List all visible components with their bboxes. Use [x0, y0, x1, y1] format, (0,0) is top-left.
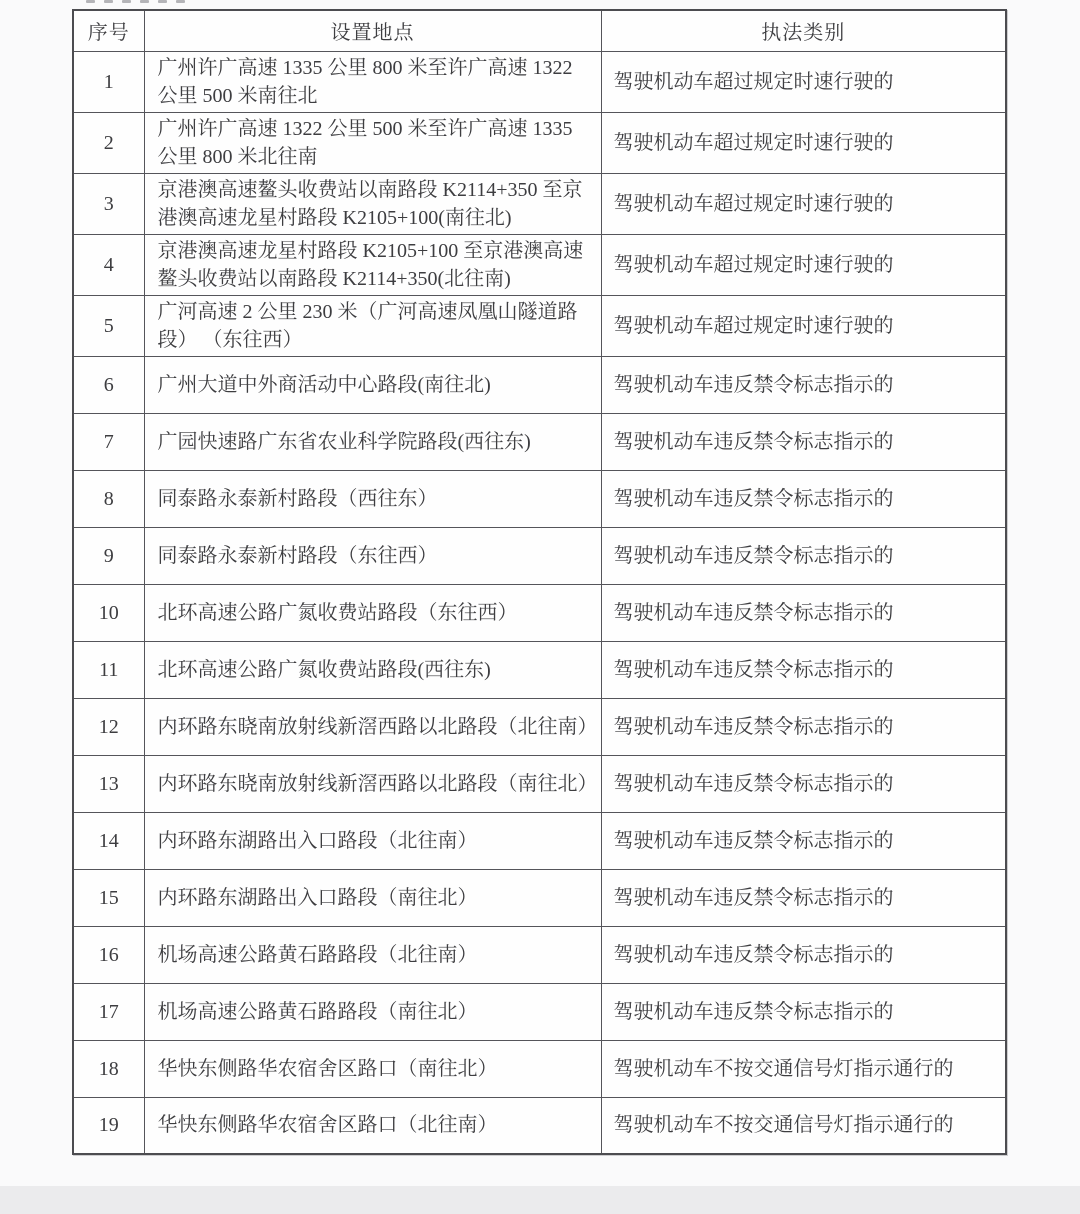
row-location-cell: 北环高速公路广氮收费站路段(西往东): [144, 641, 601, 698]
row-category-cell: 驾驶机动车违反禁令标志指示的: [601, 926, 1006, 983]
row-location-cell: 华快东侧路华农宿舍区路口（南往北）: [144, 1040, 601, 1097]
row-location-cell: 同泰路永泰新村路段（东往西）: [144, 527, 601, 584]
row-location-cell: 广州大道中外商活动中心路段(南往北): [144, 356, 601, 413]
row-location-cell: 同泰路永泰新村路段（西往东）: [144, 470, 601, 527]
table-row: 15 内环路东湖路出入口路段（南往北） 驾驶机动车违反禁令标志指示的: [73, 869, 1006, 926]
bottom-gray-band: [0, 1186, 1080, 1214]
row-number-cell: 17: [73, 983, 144, 1040]
table-row: 10 北环高速公路广氮收费站路段（东往西） 驾驶机动车违反禁令标志指示的: [73, 584, 1006, 641]
row-number-cell: 5: [73, 295, 144, 356]
table-row: 9 同泰路永泰新村路段（东往西） 驾驶机动车违反禁令标志指示的: [73, 527, 1006, 584]
row-number-cell: 7: [73, 413, 144, 470]
row-location-cell: 京港澳高速鳌头收费站以南路段 K2114+350 至京港澳高速龙星村路段 K21…: [144, 173, 601, 234]
row-number-cell: 15: [73, 869, 144, 926]
table-row: 13 内环路东晓南放射线新滘西路以北路段（南往北） 驾驶机动车违反禁令标志指示的: [73, 755, 1006, 812]
row-number-cell: 11: [73, 641, 144, 698]
row-category-cell: 驾驶机动车违反禁令标志指示的: [601, 698, 1006, 755]
table-row: 14 内环路东湖路出入口路段（北往南） 驾驶机动车违反禁令标志指示的: [73, 812, 1006, 869]
row-number-cell: 19: [73, 1097, 144, 1154]
row-category-cell: 驾驶机动车违反禁令标志指示的: [601, 869, 1006, 926]
table-row: 12 内环路东晓南放射线新滘西路以北路段（北往南） 驾驶机动车违反禁令标志指示的: [73, 698, 1006, 755]
row-category-cell: 驾驶机动车不按交通信号灯指示通行的: [601, 1097, 1006, 1154]
row-category-cell: 驾驶机动车违反禁令标志指示的: [601, 584, 1006, 641]
row-number-cell: 9: [73, 527, 144, 584]
header-row: 序号 设置地点 执法类别: [73, 10, 1006, 51]
row-category-cell: 驾驶机动车违反禁令标志指示的: [601, 413, 1006, 470]
row-location-cell: 广州许广高速 1322 公里 500 米至许广高速 1335 公里 800 米北…: [144, 112, 601, 173]
header-cell-location: 设置地点: [144, 10, 601, 51]
row-category-cell: 驾驶机动车违反禁令标志指示的: [601, 641, 1006, 698]
row-location-cell: 京港澳高速龙星村路段 K2105+100 至京港澳高速鳌头收费站以南路段 K21…: [144, 234, 601, 295]
table-row: 3 京港澳高速鳌头收费站以南路段 K2114+350 至京港澳高速龙星村路段 K…: [73, 173, 1006, 234]
table-row: 5 广河高速 2 公里 230 米（广河高速凤凰山隧道路段） （东往西） 驾驶机…: [73, 295, 1006, 356]
row-location-cell: 内环路东晓南放射线新滘西路以北路段（北往南）: [144, 698, 601, 755]
table-row: 6 广州大道中外商活动中心路段(南往北) 驾驶机动车违反禁令标志指示的: [73, 356, 1006, 413]
row-location-cell: 内环路东湖路出入口路段（北往南）: [144, 812, 601, 869]
table-row: 17 机场高速公路黄石路路段（南往北） 驾驶机动车违反禁令标志指示的: [73, 983, 1006, 1040]
row-category-cell: 驾驶机动车违反禁令标志指示的: [601, 983, 1006, 1040]
table-header: 序号 设置地点 执法类别: [73, 10, 1006, 51]
table-row: 8 同泰路永泰新村路段（西往东） 驾驶机动车违反禁令标志指示的: [73, 470, 1006, 527]
row-location-cell: 广州许广高速 1335 公里 800 米至许广高速 1322 公里 500 米南…: [144, 51, 601, 112]
row-number-cell: 16: [73, 926, 144, 983]
row-location-cell: 广园快速路广东省农业科学院路段(西往东): [144, 413, 601, 470]
row-category-cell: 驾驶机动车超过规定时速行驶的: [601, 51, 1006, 112]
table-row: 11 北环高速公路广氮收费站路段(西往东) 驾驶机动车违反禁令标志指示的: [73, 641, 1006, 698]
row-category-cell: 驾驶机动车超过规定时速行驶的: [601, 295, 1006, 356]
row-number-cell: 8: [73, 470, 144, 527]
table-row: 7 广园快速路广东省农业科学院路段(西往东) 驾驶机动车违反禁令标志指示的: [73, 413, 1006, 470]
row-location-cell: 机场高速公路黄石路路段（南往北）: [144, 983, 601, 1040]
row-category-cell: 驾驶机动车不按交通信号灯指示通行的: [601, 1040, 1006, 1097]
row-location-cell: 华快东侧路华农宿舍区路口（北往南）: [144, 1097, 601, 1154]
table-row: 18 华快东侧路华农宿舍区路口（南往北） 驾驶机动车不按交通信号灯指示通行的: [73, 1040, 1006, 1097]
row-location-cell: 内环路东湖路出入口路段（南往北）: [144, 869, 601, 926]
row-location-cell: 内环路东晓南放射线新滘西路以北路段（南往北）: [144, 755, 601, 812]
table-row: 19 华快东侧路华农宿舍区路口（北往南） 驾驶机动车不按交通信号灯指示通行的: [73, 1097, 1006, 1154]
row-category-cell: 驾驶机动车违反禁令标志指示的: [601, 812, 1006, 869]
row-category-cell: 驾驶机动车违反禁令标志指示的: [601, 527, 1006, 584]
row-category-cell: 驾驶机动车超过规定时速行驶的: [601, 112, 1006, 173]
row-number-cell: 18: [73, 1040, 144, 1097]
row-category-cell: 驾驶机动车超过规定时速行驶的: [601, 173, 1006, 234]
row-number-cell: 10: [73, 584, 144, 641]
row-number-cell: 1: [73, 51, 144, 112]
page: { "colors": { "bg": "#fafafb", "band": "…: [0, 0, 1080, 1214]
header-cell-category: 执法类别: [601, 10, 1006, 51]
row-category-cell: 驾驶机动车违反禁令标志指示的: [601, 470, 1006, 527]
row-category-cell: 驾驶机动车超过规定时速行驶的: [601, 234, 1006, 295]
row-number-cell: 4: [73, 234, 144, 295]
row-location-cell: 北环高速公路广氮收费站路段（东往西）: [144, 584, 601, 641]
row-number-cell: 2: [73, 112, 144, 173]
row-number-cell: 6: [73, 356, 144, 413]
cropped-text-remnant: [86, 0, 185, 4]
header-cell-number: 序号: [73, 10, 144, 51]
row-number-cell: 14: [73, 812, 144, 869]
table-row: 16 机场高速公路黄石路路段（北往南） 驾驶机动车违反禁令标志指示的: [73, 926, 1006, 983]
row-number-cell: 13: [73, 755, 144, 812]
row-number-cell: 12: [73, 698, 144, 755]
row-location-cell: 机场高速公路黄石路路段（北往南）: [144, 926, 601, 983]
row-number-cell: 3: [73, 173, 144, 234]
row-category-cell: 驾驶机动车违反禁令标志指示的: [601, 356, 1006, 413]
table-row: 4 京港澳高速龙星村路段 K2105+100 至京港澳高速鳌头收费站以南路段 K…: [73, 234, 1006, 295]
row-location-cell: 广河高速 2 公里 230 米（广河高速凤凰山隧道路段） （东往西）: [144, 295, 601, 356]
enforcement-locations-table: 序号 设置地点 执法类别 1 广州许广高速 1335 公里 800 米至许广高速…: [72, 9, 1007, 1155]
row-category-cell: 驾驶机动车违反禁令标志指示的: [601, 755, 1006, 812]
table-body: 1 广州许广高速 1335 公里 800 米至许广高速 1322 公里 500 …: [73, 51, 1006, 1154]
table-row: 2 广州许广高速 1322 公里 500 米至许广高速 1335 公里 800 …: [73, 112, 1006, 173]
table-row: 1 广州许广高速 1335 公里 800 米至许广高速 1322 公里 500 …: [73, 51, 1006, 112]
